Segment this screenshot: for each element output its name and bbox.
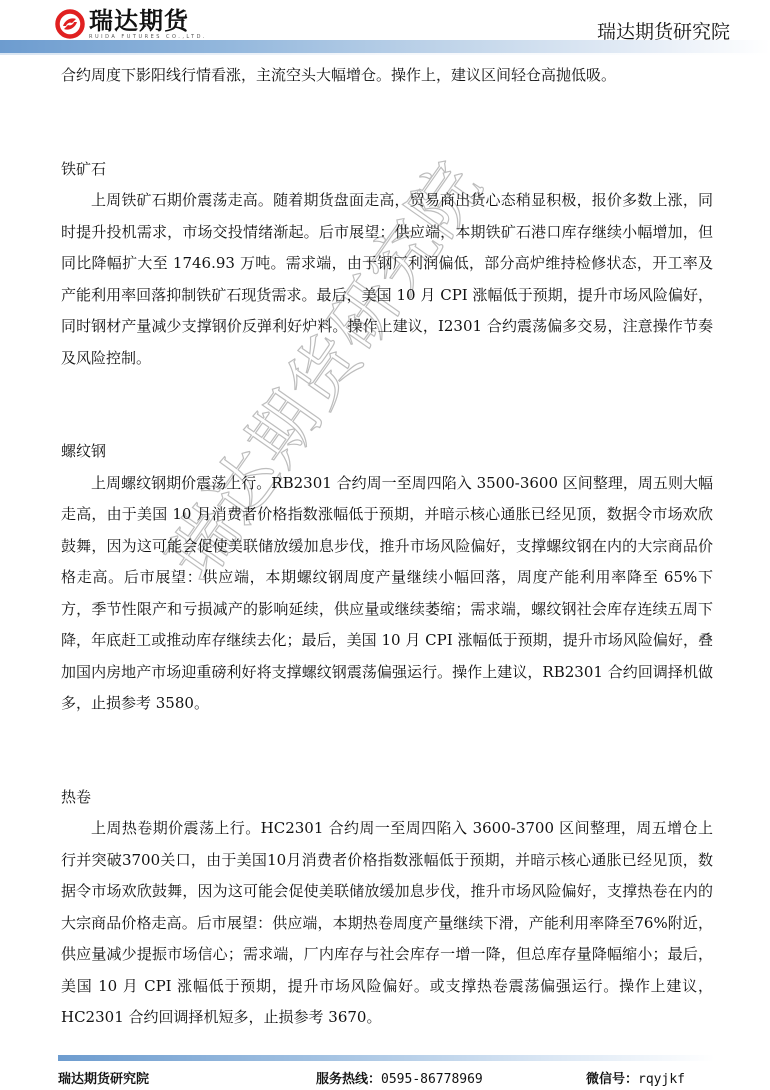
hotline-number: 0595-86778969 [381,1072,483,1087]
section-body-iron-ore: 上周铁矿石期价震荡走高。随着期货盘面走高，贸易商出货心态稍显积极，报价多数上涨，… [61,185,713,374]
footer-divider-bar [58,1055,715,1061]
report-body: 合约周度下影阳线行情看涨，主流空头大幅增仓。操作上，建议区间轻仓高抛低吸。 铁矿… [61,60,713,1034]
page-footer: 瑞达期货研究院 服务热线：0595-86778969 微信号：rqyjkf [58,1068,718,1088]
continuation-paragraph: 合约周度下影阳线行情看涨，主流空头大幅增仓。操作上，建议区间轻仓高抛低吸。 [61,60,713,92]
page-header: 瑞达期货 RUIDA FUTURES CO.,LTD. 瑞达期货研究院 [0,0,770,58]
wechat-id: rqyjkf [638,1072,685,1087]
header-divider-line [0,53,770,55]
logo-chinese-name: 瑞达期货 [89,8,207,34]
ruida-logo-icon [55,9,85,39]
section-title-rebar: 螺纹钢 [61,436,713,468]
footer-hotline: 服务热线：0595-86778969 [316,1068,483,1087]
section-title-iron-ore: 铁矿石 [61,154,713,186]
footer-org-name: 瑞达期货研究院 [58,1068,149,1087]
hotline-label: 服务热线： [316,1072,381,1087]
footer-wechat: 微信号：rqyjkf [586,1068,685,1087]
section-title-hot-coil: 热卷 [61,782,713,814]
section-body-hot-coil: 上周热卷期价震荡上行。HC2301 合约周一至周四陷入 3600-3700 区间… [61,813,713,1034]
section-body-rebar: 上周螺纹钢期价震荡上行。RB2301 合约周一至周四陷入 3500-3600 区… [61,468,713,720]
wechat-label: 微信号： [586,1072,638,1087]
header-divider-bar [0,40,770,54]
company-logo: 瑞达期货 RUIDA FUTURES CO.,LTD. [55,5,207,43]
